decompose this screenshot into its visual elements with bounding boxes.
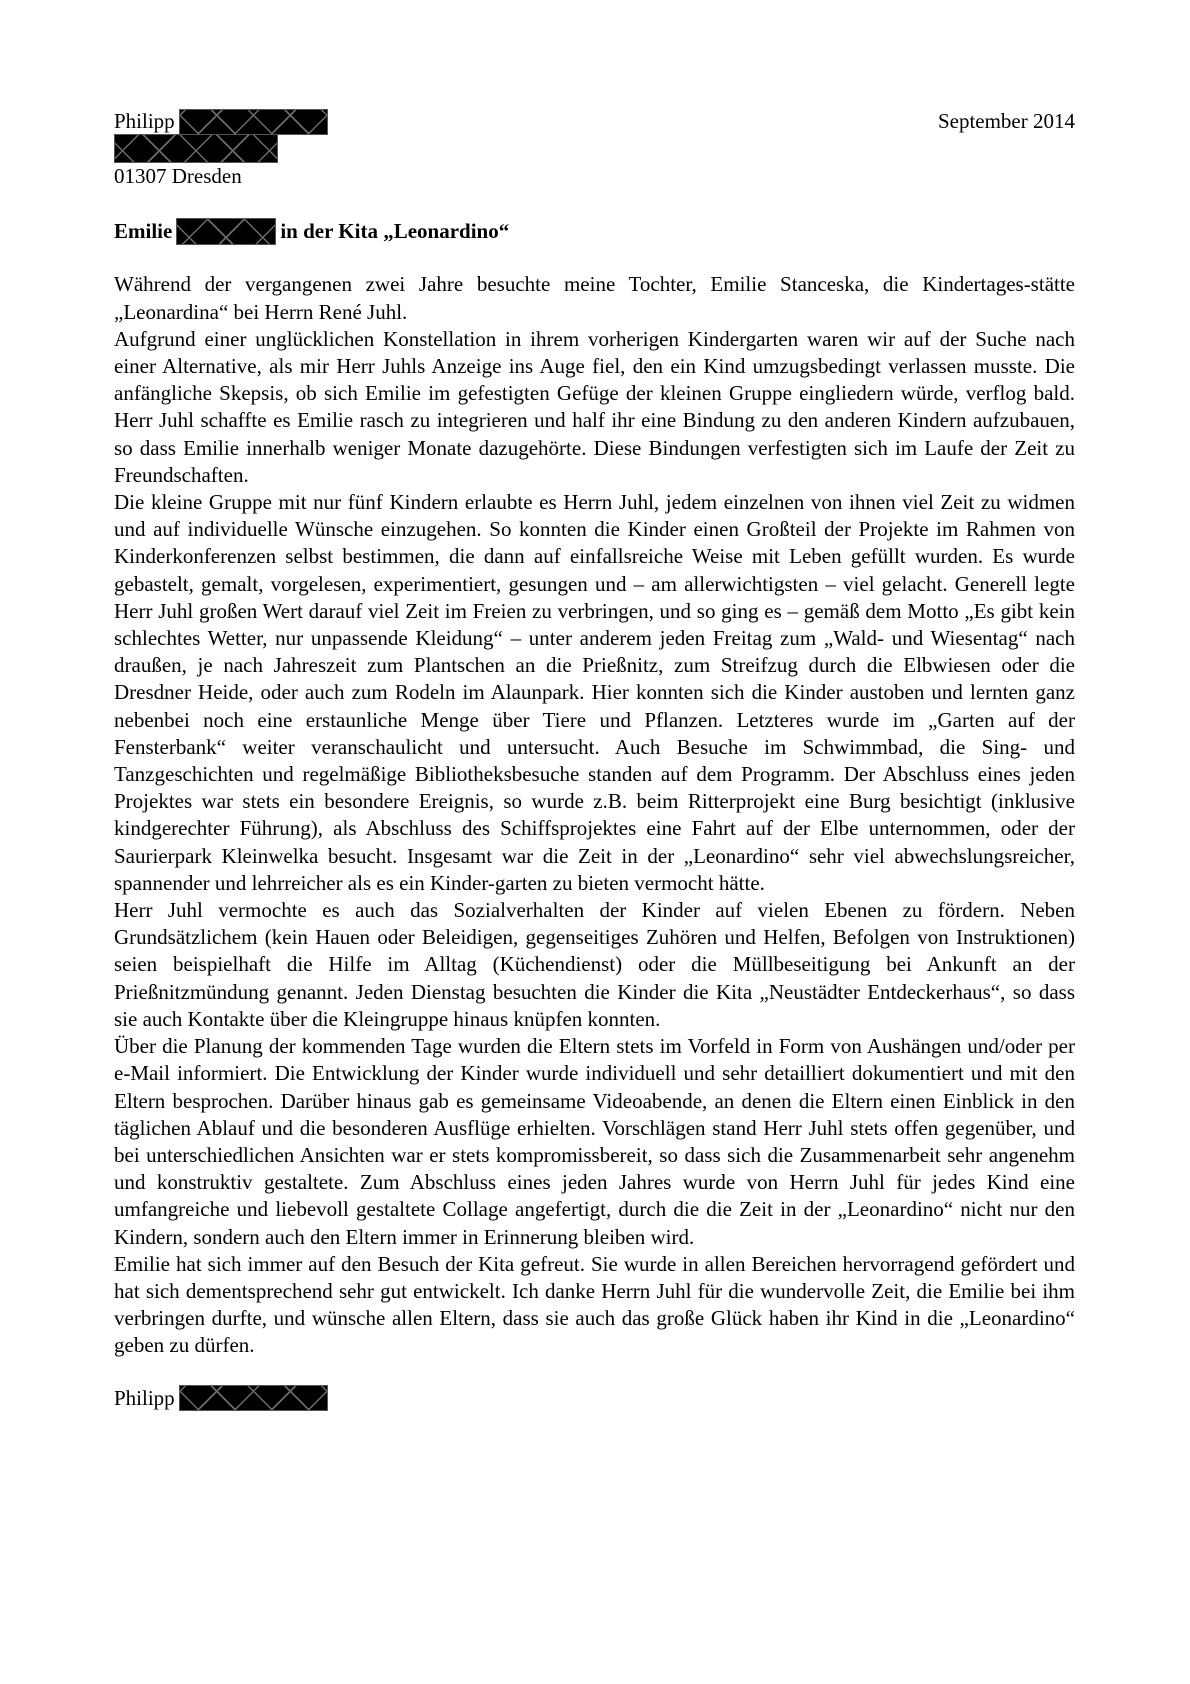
redacted-signature-surname — [179, 1385, 328, 1411]
redacted-street-address — [114, 134, 278, 163]
letter-title: Emilie in der Kita „Leonardino“ — [114, 218, 1075, 245]
letter-date: September 2014 — [938, 108, 1075, 135]
paragraph-activities: Die kleine Gruppe mit nur fünf Kindern e… — [114, 489, 1075, 897]
redacted-sender-surname — [179, 109, 328, 135]
redacted-child-surname — [176, 218, 276, 245]
paragraph-integration: Aufgrund einer unglücklichen Konstellati… — [114, 326, 1075, 489]
title-suffix: in der Kita „Leonardino“ — [280, 218, 509, 245]
sender-address-block: Philipp 01307 Dresden — [114, 108, 328, 190]
sender-name-line: Philipp — [114, 108, 328, 135]
paragraph-closing: Emilie hat sich immer auf den Besuch der… — [114, 1251, 1075, 1360]
paragraph-intro: Während der vergangenen zwei Jahre besuc… — [114, 271, 1075, 325]
signature-first-name: Philipp — [114, 1385, 175, 1412]
paragraph-social-skills: Herr Juhl vermochte es auch das Sozialve… — [114, 897, 1075, 1033]
sender-street-line — [114, 135, 328, 162]
letter-header: Philipp 01307 Dresden September 2014 — [114, 108, 1075, 190]
letter-page: Philipp 01307 Dresden September 2014 Emi… — [114, 108, 1075, 1412]
sender-city-line: 01307 Dresden — [114, 163, 328, 190]
letter-body: Während der vergangenen zwei Jahre besuc… — [114, 271, 1075, 1359]
paragraph-parent-communication: Über die Planung der kommenden Tage wurd… — [114, 1033, 1075, 1251]
title-prefix: Emilie — [114, 218, 172, 245]
sender-first-name: Philipp — [114, 108, 175, 135]
signature-line: Philipp — [114, 1385, 1075, 1412]
